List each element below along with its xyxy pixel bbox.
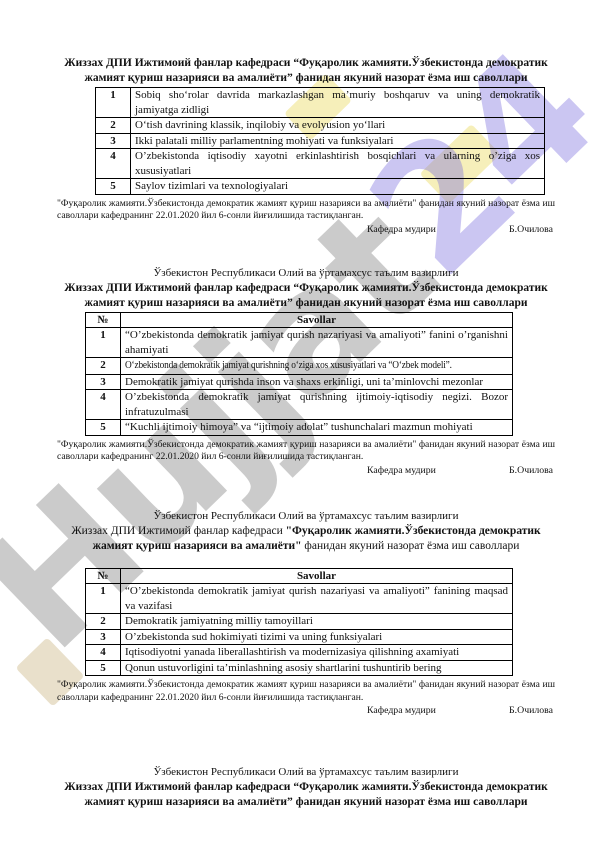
table-row: 4O’zbekistonda demokratik jamiyat qurish…: [86, 390, 513, 420]
section-4: Ўзбекистон Республикаси Олий ва ўртамахс…: [57, 765, 555, 810]
approval-note: "Фуқаролик жамияти.Ўзбекистонда демократ…: [57, 439, 555, 464]
section-2: Ўзбекистон Республикаси Олий ва ўртамахс…: [57, 266, 555, 479]
ministry-line: Ўзбекистон Республикаси Олий ва ўртамахс…: [57, 266, 555, 280]
signer-name: Б.Очилова: [509, 705, 553, 716]
signer-title: Кафедра мудири: [367, 465, 436, 476]
question-text: Demokratik jamiyat qurishda inson va sha…: [121, 374, 513, 390]
table-row: 1“O’zbekistonda demokratik jamiyat quris…: [86, 584, 513, 614]
ministry-line: Ўзбекистон Республикаси Олий ва ўртамахс…: [57, 509, 555, 523]
row-number: 2: [86, 614, 121, 630]
approval-note: "Фуқаролик жамияти.Ўзбекистонда демократ…: [57, 679, 555, 704]
approval-note: "Фуқаролик жамияти.Ўзбекистонда демократ…: [57, 198, 555, 223]
table-row: 3Demokratik jamiyat qurishda inson va sh…: [86, 374, 513, 390]
row-number: 2: [86, 358, 121, 375]
question-text: “Kuchli ijtimoiy himoya” va “ijtimoiy ad…: [121, 420, 513, 436]
document-page: Жиззах ДПИ Ижтимоий фанлар кафедраси “Фу…: [0, 0, 596, 810]
table-row: 1“O’zbekistonda demokratik jamiyat quris…: [86, 328, 513, 358]
row-number: 5: [86, 660, 121, 676]
row-number: 4: [86, 645, 121, 661]
header-prefix: Жиззах ДПИ Ижтимоий фанлар кафедраси: [64, 282, 293, 294]
section-3: Ўзбекистон Республикаси Олий ва ўртамахс…: [57, 509, 555, 720]
question-text: “O’zbekistonda demokratik jamiyat qurish…: [121, 328, 513, 358]
header-suffix: фанидан якуний назорат ёзма иш саволлари: [293, 72, 528, 84]
signer-title: Кафедра мудири: [367, 224, 436, 235]
table-row: 4O’zbekistonda iqtisodiy xayotni erkinla…: [96, 149, 545, 179]
table-row: 5Qonun ustuvorligini ta’minlashning asos…: [86, 660, 513, 676]
questions-table: №Savollar 1“O’zbekistonda demokratik jam…: [85, 568, 513, 677]
table-row: 3Ikki palatali milliy parlamentning mohi…: [96, 133, 545, 149]
signer-title: Кафедра мудири: [367, 705, 436, 716]
question-text: O’zbekistonda sud hokimiyati tizimi va u…: [121, 629, 513, 645]
question-text: “O’zbekistonda demokratik jamiyat qurish…: [121, 584, 513, 614]
question-text: O‘tish davrining klassik, inqilobiy va e…: [131, 118, 545, 134]
section-header: Жиззах ДПИ Ижтимоий фанлар кафедраси "Фу…: [57, 524, 555, 554]
section-1: Жиззах ДПИ Ижтимоий фанлар кафедраси “Фу…: [57, 56, 555, 238]
signer-name: Б.Очилова: [509, 465, 553, 476]
header-suffix: фанидан якуний назорат ёзма иш саволлари: [293, 796, 528, 808]
header-prefix: Жиззах ДПИ Ижтимоий фанлар кафедраси: [71, 525, 285, 537]
question-text: Saylov tizimlari va texnologiyalari: [131, 179, 545, 195]
row-number: 5: [86, 420, 121, 436]
questions-table: №Savollar 1“O’zbekistonda demokratik jam…: [85, 312, 513, 436]
table-header-row: №Savollar: [86, 312, 513, 328]
table-row: 3O’zbekistonda sud hokimiyati tizimi va …: [86, 629, 513, 645]
table-header-row: №Savollar: [86, 568, 513, 584]
question-text: Qonun ustuvorligini ta’minlashning asosi…: [121, 660, 513, 676]
column-questions-header: Savollar: [121, 312, 513, 328]
header-suffix: фанидан якуний назорат ёзма иш саволлари: [302, 540, 520, 552]
signature-line: Кафедра мудири Б.Очилова: [57, 705, 555, 719]
column-number-header: №: [86, 568, 121, 584]
column-questions-header: Savollar: [121, 568, 513, 584]
row-number: 4: [86, 390, 121, 420]
column-number-header: №: [86, 312, 121, 328]
header-prefix: Жиззах ДПИ Ижтимоий фанлар кафедраси: [64, 57, 293, 69]
question-text: O‘zbekistonda demokratik jamiyat qurishn…: [121, 358, 513, 375]
signer-name: Б.Очилова: [509, 224, 553, 235]
row-number: 2: [96, 118, 131, 134]
question-text: O’zbekistonda demokratik jamiyat qurishn…: [121, 390, 513, 420]
header-prefix: Жиззах ДПИ Ижтимоий фанлар кафедраси: [64, 781, 293, 793]
row-number: 1: [86, 328, 121, 358]
questions-table: 1Sobiq sho‘rolar davrida markazlashgan m…: [95, 87, 545, 195]
table-row: 5“Kuchli ijtimoiy himoya” va “ijtimoiy a…: [86, 420, 513, 436]
row-number: 3: [86, 374, 121, 390]
question-text: Iqtisodiyotni yanada liberallashtirish v…: [121, 645, 513, 661]
question-text: Ikki palatali milliy parlamentning mohiy…: [131, 133, 545, 149]
row-number: 3: [86, 629, 121, 645]
signature-line: Кафедра мудири Б.Очилова: [57, 224, 555, 238]
row-number: 5: [96, 179, 131, 195]
section-header: Жиззах ДПИ Ижтимоий фанлар кафедраси “Фу…: [57, 56, 555, 86]
table-row: 5Saylov tizimlari va texnologiyalari: [96, 179, 545, 195]
row-number: 3: [96, 133, 131, 149]
section-header: Жиззах ДПИ Ижтимоий фанлар кафедраси “Фу…: [57, 780, 555, 810]
row-number: 4: [96, 149, 131, 179]
table-row: 2Demokratik jamiyatning milliy tamoyilla…: [86, 614, 513, 630]
table-row: 2O‘tish davrining klassik, inqilobiy va …: [96, 118, 545, 134]
question-text: Sobiq sho‘rolar davrida markazlashgan ma…: [131, 88, 545, 118]
row-number: 1: [86, 584, 121, 614]
signature-line: Кафедра мудири Б.Очилова: [57, 465, 555, 479]
question-text: Demokratik jamiyatning milliy tamoyillar…: [121, 614, 513, 630]
table-row: 1Sobiq sho‘rolar davrida markazlashgan m…: [96, 88, 545, 118]
question-text: O’zbekistonda iqtisodiy xayotni erkinlas…: [131, 149, 545, 179]
ministry-line: Ўзбекистон Республикаси Олий ва ўртамахс…: [57, 765, 555, 779]
row-number: 1: [96, 88, 131, 118]
table-row: 4Iqtisodiyotni yanada liberallashtirish …: [86, 645, 513, 661]
table-row: 2O‘zbekistonda demokratik jamiyat qurish…: [86, 358, 513, 375]
section-header: Жиззах ДПИ Ижтимоий фанлар кафедраси “Фу…: [57, 281, 555, 311]
header-suffix: фанидан якуний назорат ёзма иш саволлари: [293, 297, 528, 309]
